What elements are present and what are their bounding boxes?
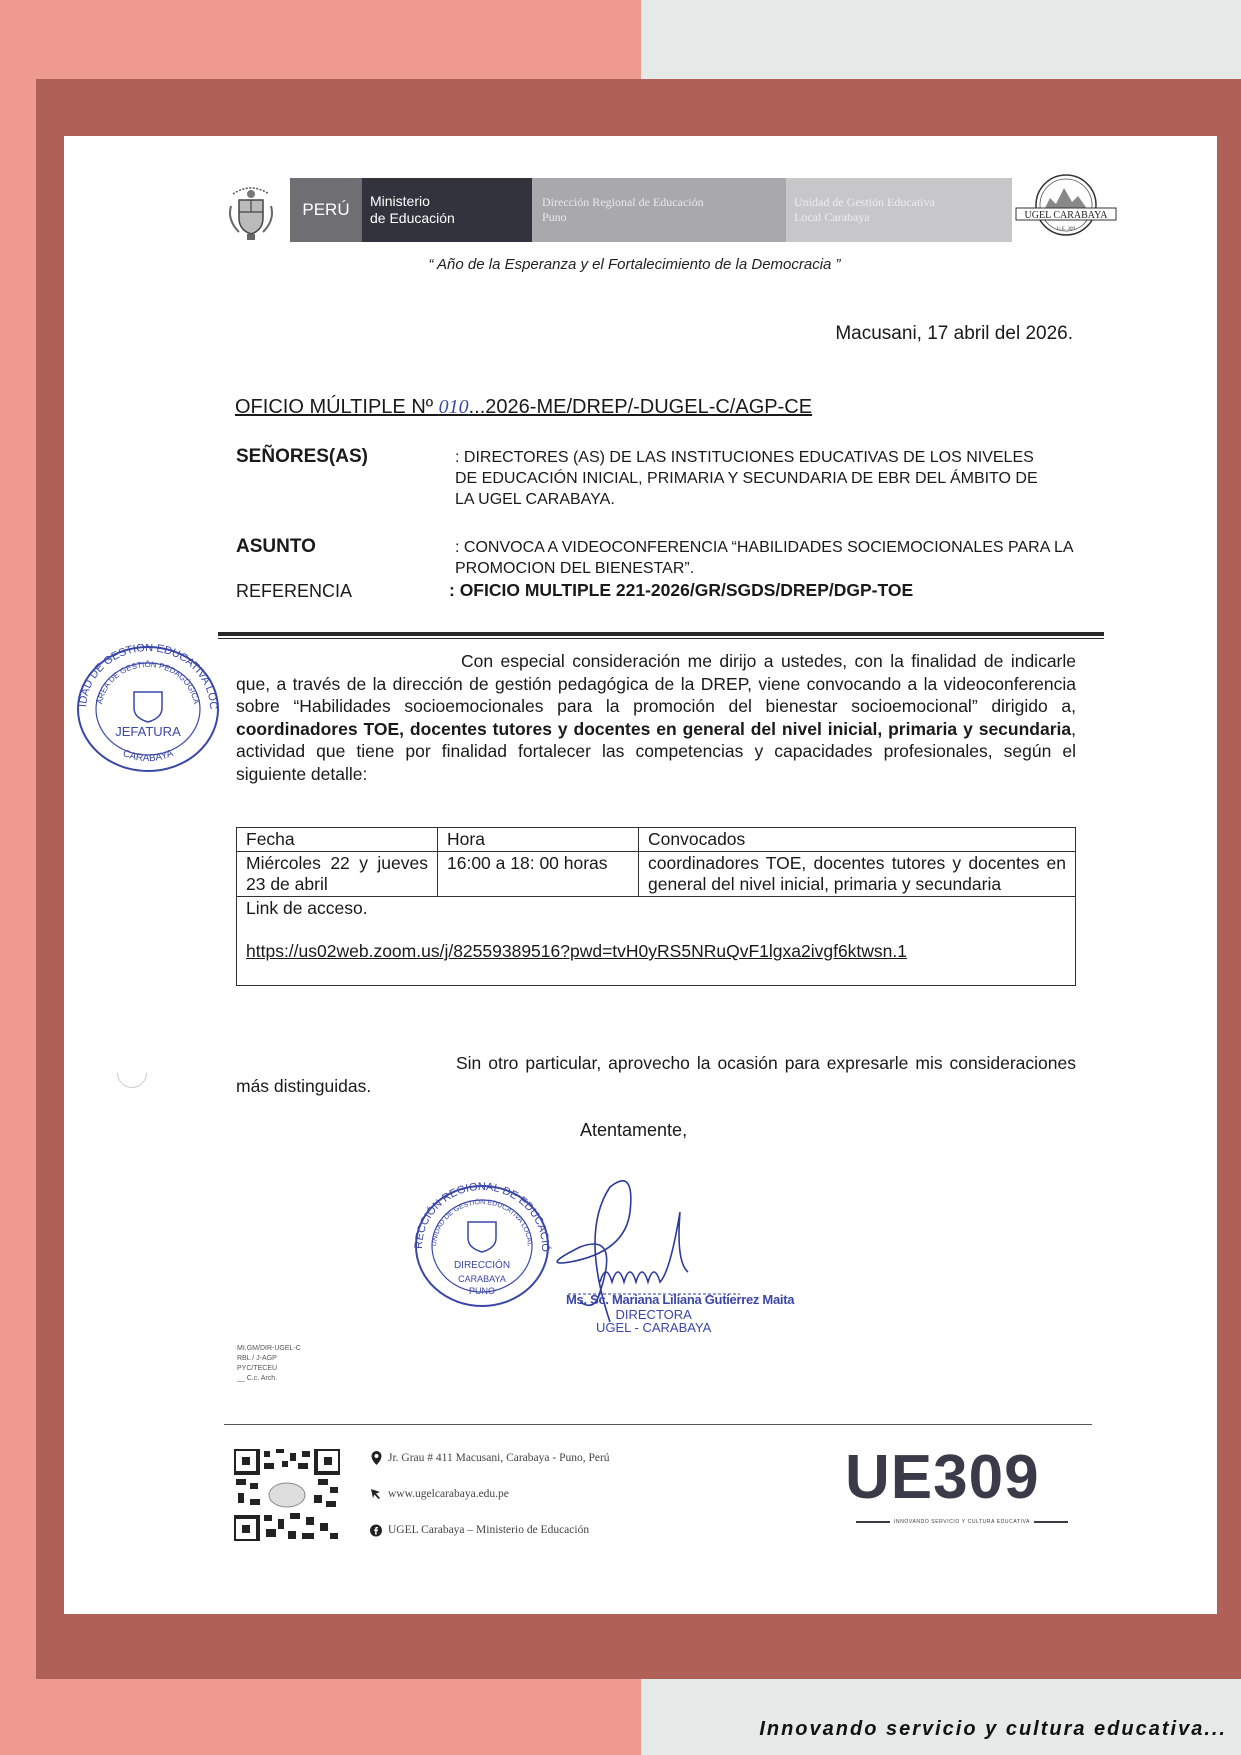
oficio-number-handwritten: 010: [439, 396, 469, 418]
direccion-stamp-icon: DIRECCIÓN REGIONAL DE EDUCACIÓN UNIDAD D…: [412, 1182, 552, 1310]
ugel-carabaya-logo-icon: UGEL CARABAYA U.E. 309: [1012, 172, 1120, 238]
header-convocados: Convocados: [639, 828, 1076, 852]
ugel-line2: Local Carabaya: [794, 210, 870, 224]
initials-line: MI.GM/DIR-UGEL-C: [237, 1344, 301, 1354]
signer-role-block: DIRECTORA UGEL - CARABAYA: [596, 1308, 711, 1334]
table-row: Miércoles 22 y jueves 23 de abril 16:00 …: [237, 852, 1076, 897]
peru-banner: PERÚ: [290, 178, 362, 242]
svg-text:U.E. 309: U.E. 309: [1057, 227, 1075, 232]
svg-text:JEFATURA: JEFATURA: [115, 724, 181, 739]
body-paragraph: Con especial consideración me dirijo a u…: [236, 650, 1076, 785]
drep-banner: Dirección Regional de EducaciónPuno: [532, 178, 786, 242]
background-gray-bottom: [641, 1679, 1241, 1755]
footer-website[interactable]: www.ugelcarabaya.edu.pe: [370, 1488, 509, 1500]
senores-value: : DIRECTORES (AS) DE LAS INSTITUCIONES E…: [455, 447, 1055, 510]
svg-text:UGEL CARABAYA: UGEL CARABAYA: [1025, 210, 1109, 221]
drep-line2: Puno: [542, 210, 567, 224]
closing-paragraph: Sin otro particular, aprovecho la ocasió…: [236, 1052, 1076, 1097]
qr-code-icon[interactable]: [234, 1449, 340, 1541]
location-pin-icon: [370, 1452, 382, 1464]
reference-initials: MI.GM/DIR-UGEL-C RBL / J-AGP PYC/TECEU _…: [237, 1344, 301, 1384]
svg-text:CARABAYA: CARABAYA: [121, 748, 175, 764]
cell-hora: 16:00 a 18: 00 horas: [438, 852, 639, 897]
address-text: Jr. Grau # 411 Macusani, Carabaya - Puno…: [388, 1452, 610, 1464]
signer-org: UGEL - CARABAYA: [596, 1321, 711, 1334]
header-divider-thin: [218, 638, 1104, 639]
year-motto: “ Año de la Esperanza y el Fortalecimien…: [0, 256, 1241, 273]
signer-name: Ms. Sc. Mariana Liliana Gutierrez Maita: [566, 1292, 794, 1307]
cursor-arrow-icon: [370, 1488, 382, 1500]
senores-label: SEÑORES(AS): [236, 446, 368, 468]
tagline-text: INNOVANDO SERVICIO Y CULTURA EDUCATIVA: [894, 1519, 1030, 1525]
svg-text:DIRECCIÓN: DIRECCIÓN: [454, 1258, 510, 1271]
ugel-banner: Unidad de Gestión EducativaLocal Carabay…: [786, 178, 1012, 242]
header-fecha: Fecha: [237, 828, 438, 852]
oficio-suffix: ...2026-ME/DREP/-DUGEL-C/AGP-CE: [469, 396, 812, 418]
jefatura-stamp-icon: UNIDAD DE GESTIÓN EDUCATIVA LOCAL ÁREA D…: [74, 644, 222, 774]
ue309-tagline: INNOVANDO SERVICIO Y CULTURA EDUCATIVA: [856, 1519, 1068, 1525]
tagline-line-left: [856, 1521, 890, 1523]
body-text-part1: Con especial consideración me dirijo a u…: [236, 651, 1076, 716]
footer-divider: [224, 1424, 1092, 1425]
bottom-slogan: Innovando servicio y cultura educativa..…: [759, 1718, 1227, 1741]
referencia-value: : OFICIO MULTIPLE 221-2026/GR/SGDS/DREP/…: [449, 580, 1069, 601]
ministerio-line2: de Educación: [370, 210, 455, 226]
website-text[interactable]: www.ugelcarabaya.edu.pe: [388, 1488, 509, 1500]
svg-text:CARABAYA: CARABAYA: [458, 1274, 506, 1284]
background-gray-top: [641, 0, 1241, 79]
footer-facebook[interactable]: UGEL Carabaya – Ministerio de Educación: [370, 1524, 589, 1536]
facebook-icon: [370, 1524, 382, 1536]
asunto-value: : CONVOCA A VIDEOCONFERENCIA “HABILIDADE…: [455, 537, 1085, 579]
footer-address: Jr. Grau # 411 Macusani, Carabaya - Puno…: [370, 1452, 610, 1464]
initials-line: RBL / J-AGP: [237, 1354, 301, 1364]
svg-text:PUNO: PUNO: [469, 1286, 495, 1296]
place-date: Macusani, 17 abril del 2026.: [835, 323, 1073, 345]
initials-line: __ C.c. Arch.: [237, 1374, 301, 1384]
initials-line: PYC/TECEU: [237, 1364, 301, 1374]
drep-line1: Dirección Regional de Educación: [542, 195, 704, 209]
header-hora: Hora: [438, 828, 639, 852]
oficio-title: OFICIO MÚLTIPLE Nº 010...2026-ME/DREP/-D…: [235, 396, 812, 419]
atentamente: Atentamente,: [580, 1120, 687, 1141]
cell-fecha: Miércoles 22 y jueves 23 de abril: [237, 852, 438, 897]
zoom-link[interactable]: https://us02web.zoom.us/j/82559389516?pw…: [246, 941, 1066, 962]
table-header-row: Fecha Hora Convocados: [237, 828, 1076, 852]
ministerio-line1: Ministerio: [370, 193, 430, 209]
ugel-line1: Unidad de Gestión Educativa: [794, 195, 935, 209]
cell-convocados: coordinadores TOE, docentes tutores y do…: [639, 852, 1076, 897]
svg-text:ÁREA DE GESTIÓN PEDAGÓGICA: ÁREA DE GESTIÓN PEDAGÓGICA: [95, 660, 201, 706]
link-label: Link de acceso.: [246, 898, 368, 918]
peru-label: PERÚ: [302, 200, 349, 220]
asunto-label: ASUNTO: [236, 536, 316, 558]
event-detail-table: Fecha Hora Convocados Miércoles 22 y jue…: [236, 827, 1076, 986]
facebook-text[interactable]: UGEL Carabaya – Ministerio de Educación: [388, 1524, 589, 1536]
header-divider: [218, 632, 1104, 636]
tagline-line-right: [1034, 1521, 1068, 1523]
closing-text: Sin otro particular, aprovecho la ocasió…: [236, 1053, 1076, 1096]
ue309-logo: UE309: [845, 1448, 1040, 1508]
ministerio-banner: Ministeriode Educación: [362, 178, 532, 242]
oficio-prefix: OFICIO MÚLTIPLE Nº: [235, 396, 439, 418]
referencia-label: REFERENCIA: [236, 581, 352, 602]
link-cell: Link de acceso. https://us02web.zoom.us/…: [237, 897, 1076, 986]
peru-coat-of-arms-icon: [225, 180, 277, 242]
table-link-row: Link de acceso. https://us02web.zoom.us/…: [237, 897, 1076, 986]
body-text-bold: coordinadores TOE, docentes tutores y do…: [236, 719, 1071, 739]
